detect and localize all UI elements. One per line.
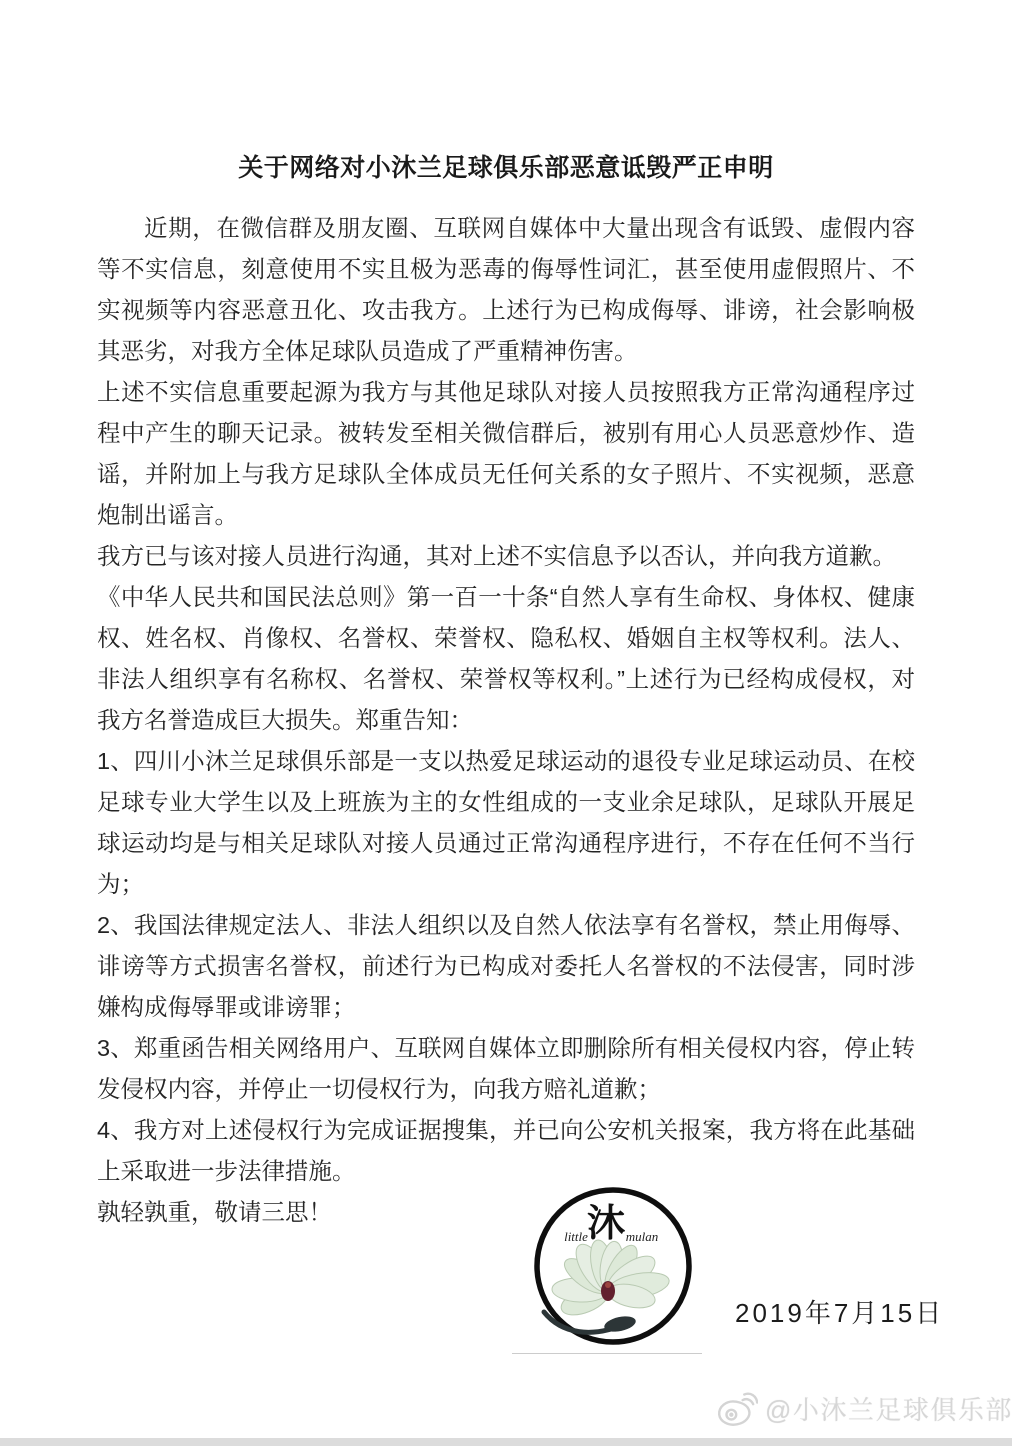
paragraph: 4、我方对上述侵权行为完成证据搜集，并已向公安机关报案，我方将在此基础上采取进一… (97, 1110, 915, 1192)
weibo-watermark: @小沐兰足球俱乐部 (716, 1390, 1012, 1427)
logo-divider-line (512, 1353, 702, 1354)
logo-mulan-text: mulan (626, 1229, 659, 1244)
watermark-handle: @小沐兰足球俱乐部 (765, 1390, 1012, 1427)
paragraph: 上述不实信息重要起源为我方与其他足球队对接人员按照我方正常沟通程序过程中产生的聊… (97, 372, 915, 536)
paragraph: 2、我国法律规定法人、非法人组织以及自然人依法享有名誉权，禁止用侮辱、诽谤等方式… (97, 905, 915, 1028)
document-title: 关于网络对小沐兰足球俱乐部恶意诋毁严正申明 (97, 148, 915, 184)
paragraph: 孰轻孰重，敬请三思！ (97, 1192, 915, 1233)
paragraph: 3、郑重函告相关网络用户、互联网自媒体立即删除所有相关侵权内容，停止转发侵权内容… (97, 1028, 915, 1110)
paragraph: 《中华人民共和国民法总则》第一百一十条“自然人享有生命权、身体权、健康权、姓名权… (97, 577, 915, 741)
document-content: 关于网络对小沐兰足球俱乐部恶意诋毁严正申明 近期，在微信群及朋友圈、互联网自媒体… (0, 0, 1012, 1233)
document-body: 近期，在微信群及朋友圈、互联网自媒体中大量出现含有诋毁、虚假内容等不实信息，刻意… (97, 208, 915, 1233)
paragraph: 近期，在微信群及朋友圈、互联网自媒体中大量出现含有诋毁、虚假内容等不实信息，刻意… (97, 208, 915, 372)
club-logo: 沐 little mulan (529, 1184, 697, 1352)
logo-mu-character: 沐 (587, 1203, 625, 1245)
paragraph: 1、四川小沐兰足球俱乐部是一支以热爱足球运动的退役专业足球运动员、在校足球专业大… (97, 741, 915, 905)
logo-little-text: little (564, 1229, 588, 1244)
statement-date: 2019年7月15日 (735, 1293, 944, 1330)
weibo-icon (716, 1391, 758, 1427)
paragraph: 我方已与该对接人员进行沟通，其对上述不实信息予以否认，并向我方道歉。 (97, 536, 915, 577)
statement-page: 关于网络对小沐兰足球俱乐部恶意诋毁严正申明 近期，在微信群及朋友圈、互联网自媒体… (0, 0, 1012, 1446)
bottom-edge-strip (0, 1438, 1012, 1446)
